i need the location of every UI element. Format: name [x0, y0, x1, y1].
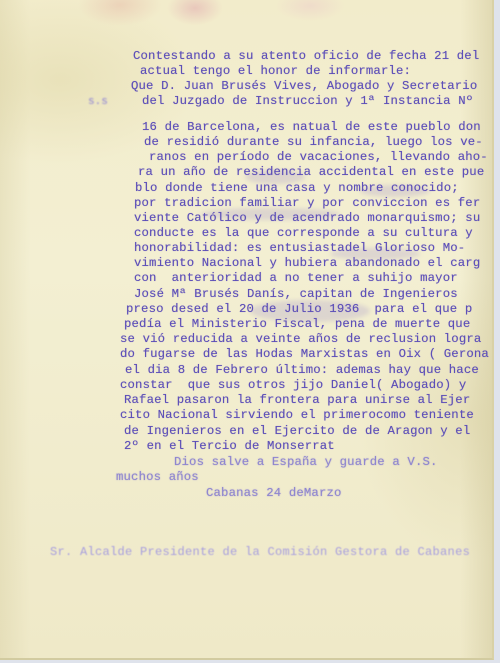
letter-line: 2º en el Tercio de Monserrat — [124, 439, 335, 454]
letter-line: se vió reducida a veinte años de reclusi… — [120, 332, 481, 347]
letter-line: el dia 8 de Febrero último: ademas hay q… — [125, 363, 479, 378]
letter-line: Que D. Juan Brusés Vives, Abogado y Secr… — [131, 79, 477, 94]
letter-line: pedía el Ministerio Fiscal, pena de muer… — [124, 317, 470, 332]
letter-line: vimiento Nacional y hubiera abandonado e… — [134, 256, 480, 271]
letter-line: Contestando a su atento oficio de fecha … — [133, 49, 479, 64]
letter-closing: muchos años — [116, 470, 199, 485]
letter-line: de residió durante su infancia, luego lo… — [144, 135, 483, 150]
letter-line: de Ingenieros en el Ejercito de de Arago… — [124, 424, 470, 439]
letter-line: Rafael pasaron la frontera para unirse a… — [124, 393, 470, 408]
letter-line: 16 de Barcelona, es natual de este puebl… — [142, 120, 481, 135]
letter-line: blo donde tiene una casa y nombre conoci… — [135, 181, 459, 196]
letter-line: viente Católico y de acendrado monarquis… — [134, 211, 480, 226]
letter-line: José Mª Brusés Danís, capitan de Ingenie… — [134, 287, 458, 302]
addressee-line: Sr. Alcalde Presidente de la Comisión Ge… — [50, 545, 470, 559]
letter-line: preso desed el 20 de Julio 1936 para el … — [126, 302, 472, 317]
letter-line: cito Nacional sirviendo el primerocomo t… — [120, 408, 474, 423]
letter-line: constar que sus otros jijo Daniel( Aboga… — [120, 378, 466, 393]
letter-line: con anterioridad a no tener a suhijo may… — [134, 271, 458, 286]
letter-line: do fugarse de las Hodas Marxistas en Oix… — [120, 347, 489, 362]
letter-line: actual tengo el honor de informarle: — [140, 64, 411, 79]
letter-line: conducte es la que corresponde a su cult… — [134, 226, 473, 241]
letter-line: ranos en período de vacaciones, llevando… — [149, 150, 488, 165]
document-page: s.s Contestando a su atento oficio de fe… — [0, 0, 494, 660]
letter-date: Cabanas 24 deMarzo — [206, 486, 342, 501]
letter-line: por tradicion familiar y por conviccion … — [134, 196, 480, 211]
letter-line: ra un año de residencia accidental en es… — [138, 165, 484, 180]
letter-line: del Juzgado de Instruccion y 1ª Instanci… — [142, 94, 473, 109]
letter-body: Contestando a su atento oficio de fecha … — [0, 0, 500, 520]
letter-closing: Dios salve a España y guarde a V.S. — [174, 455, 438, 470]
letter-line: honorabilidad: es entusiastadel Glorioso… — [134, 241, 465, 256]
